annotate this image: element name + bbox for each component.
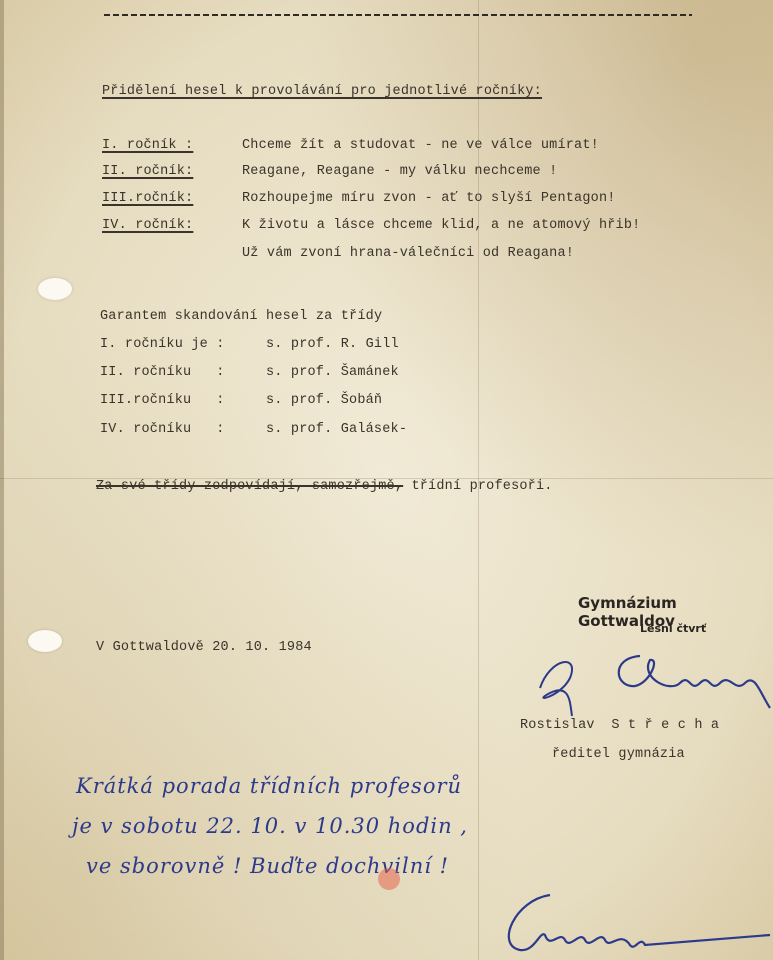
guarantor-name: s. prof. Galásek- bbox=[266, 422, 407, 437]
punch-hole bbox=[38, 278, 72, 300]
slogan-grade: IV. ročník: bbox=[102, 218, 193, 233]
note-line: Krátká porada třídních profesorů bbox=[76, 774, 462, 798]
handwritten-signature bbox=[495, 890, 773, 960]
struck-text: Za své třídy zodpovídají, samozřejmě, bbox=[96, 479, 403, 494]
slogan-text: K životu a lásce chceme klid, a ne atomo… bbox=[242, 218, 640, 233]
document-heading: Přidělení hesel k provolávání pro jednot… bbox=[102, 84, 542, 99]
punch-hole bbox=[28, 630, 62, 652]
slogan-text: Už vám zvoní hrana-válečníci od Reagana! bbox=[242, 246, 574, 261]
guarantor-grade: IV. ročníku : bbox=[100, 422, 225, 437]
note-line: je v sobotu 22. 10. v 10.30 hodin , bbox=[72, 814, 468, 838]
slogan-grade: II. ročník: bbox=[102, 164, 193, 179]
signatory-name: Rostislav S t ř e c h a bbox=[520, 718, 719, 733]
slogan-text: Rozhoupejme míru zvon - ať to slyší Pent… bbox=[242, 191, 616, 206]
watermark-logo bbox=[378, 868, 400, 890]
school-stamp-district: Lesní čtvrť bbox=[640, 622, 706, 635]
responsibility-line: Za své třídy zodpovídají, samozřejmě, tř… bbox=[96, 479, 553, 494]
slogan-grade: I. ročník : bbox=[102, 138, 193, 153]
dashed-separator bbox=[104, 14, 692, 16]
page-edge bbox=[0, 0, 4, 960]
signatory-title: ředitel gymnázia bbox=[552, 747, 685, 762]
guarantor-name: s. prof. Šamánek bbox=[266, 365, 399, 380]
guarantor-name: s. prof. Šobáň bbox=[266, 393, 382, 408]
director-signature bbox=[530, 648, 770, 718]
guarantor-grade: I. ročníku je : bbox=[100, 337, 225, 352]
place-date: V Gottwaldově 20. 10. 1984 bbox=[96, 640, 312, 655]
slogan-text: Reagane, Reagane - my válku nechceme ! bbox=[242, 164, 557, 179]
guarantor-grade: II. ročníku : bbox=[100, 365, 225, 380]
responsibility-rest: třídní profesoři. bbox=[403, 479, 552, 494]
slogan-text: Chceme žít a studovat - ne ve válce umír… bbox=[242, 138, 599, 153]
slogan-grade: III.ročník: bbox=[102, 191, 193, 206]
guarantor-name: s. prof. R. Gill bbox=[266, 337, 399, 352]
guarantor-grade: III.ročníku : bbox=[100, 393, 225, 408]
guarantor-intro: Garantem skandování hesel za třídy bbox=[100, 309, 382, 324]
